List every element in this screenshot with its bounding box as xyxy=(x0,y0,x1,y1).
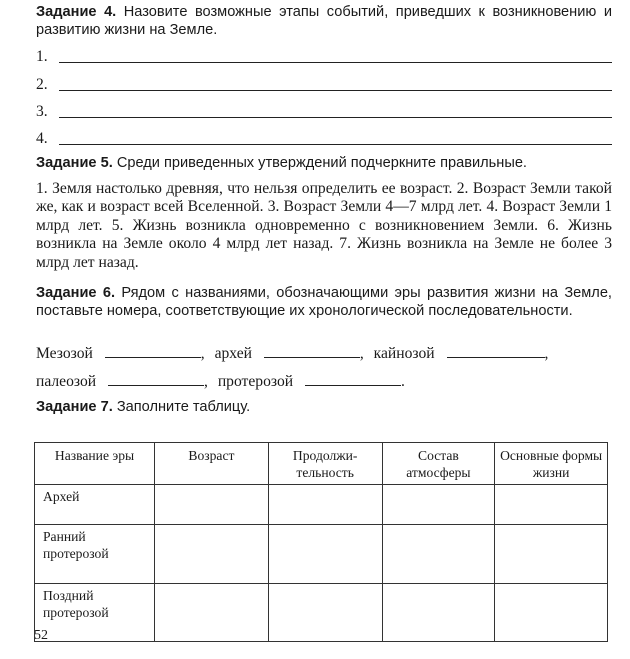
task6-eras-row-2: палеозой , протерозой . xyxy=(36,373,612,391)
answer-number: 3. xyxy=(36,103,48,121)
table-cell[interactable] xyxy=(495,485,608,525)
answer-number: 1. xyxy=(36,48,48,66)
table-cell[interactable] xyxy=(382,485,495,525)
task4-answer-line-2[interactable]: 2. xyxy=(36,76,612,96)
era-cell: Ранний протерозой xyxy=(35,525,155,584)
table-row: Ранний протерозой xyxy=(35,525,608,584)
table-cell[interactable] xyxy=(495,525,608,584)
era-proterozoic: протерозой xyxy=(218,373,293,390)
header-duration: Продолжи-тельность xyxy=(268,443,382,485)
table-header-row: Название эры Возраст Продолжи-тельность … xyxy=(35,443,608,485)
header-life-forms: Основные формы жизни xyxy=(495,443,608,485)
era-paleozoic-blank[interactable] xyxy=(108,373,204,386)
task4-text: Назовите возможные этапы событий, привед… xyxy=(36,4,612,38)
table-cell[interactable] xyxy=(382,525,495,584)
task4-heading: Задание 4. Назовите возможные этапы собы… xyxy=(36,4,612,39)
task7-text: Заполните таблицу. xyxy=(113,399,250,415)
task5-text: Среди приведенных утверждений подчеркнит… xyxy=(113,155,527,171)
task4-answer-line-3[interactable]: 3. xyxy=(36,103,612,123)
era-proterozoic-blank[interactable] xyxy=(305,373,401,386)
task6-label: Задание 6. xyxy=(36,285,115,301)
task4-label: Задание 4. xyxy=(36,4,116,20)
header-era-name: Название эры xyxy=(35,443,155,485)
task6-heading: Задание 6. Рядом с названиями, обозначаю… xyxy=(36,285,612,320)
task7-heading: Задание 7. Заполните таблицу. xyxy=(36,399,612,417)
table-cell[interactable] xyxy=(268,584,382,642)
answer-rule xyxy=(59,117,612,118)
answer-rule xyxy=(59,90,612,91)
table-cell[interactable] xyxy=(268,525,382,584)
task7-label: Задание 7. xyxy=(36,399,113,415)
task6-eras-row-1: Мезозой , архей , кайнозой , xyxy=(36,345,612,363)
table-cell[interactable] xyxy=(155,485,269,525)
task5-heading: Задание 5. Среди приведенных утверждений… xyxy=(36,155,612,173)
era-archean: архей xyxy=(215,345,252,362)
answer-rule xyxy=(59,144,612,145)
table-cell[interactable] xyxy=(495,584,608,642)
task5-label: Задание 5. xyxy=(36,155,113,171)
table-cell[interactable] xyxy=(155,525,269,584)
task4-answer-line-1[interactable]: 1. xyxy=(36,48,612,68)
page-number: 52 xyxy=(34,628,48,644)
task6-text: Рядом с названиями, обозначающими эры ра… xyxy=(36,285,612,319)
table-cell[interactable] xyxy=(382,584,495,642)
era-cenozoic: кайнозой xyxy=(374,345,435,362)
era-cell: Архей xyxy=(35,485,155,525)
header-age: Возраст xyxy=(155,443,269,485)
task4-answer-line-4[interactable]: 4. xyxy=(36,130,612,150)
answer-number: 2. xyxy=(36,76,48,94)
task5-statements[interactable]: 1. Земля настолько древняя, что нельзя о… xyxy=(36,180,612,272)
era-mesozoic-blank[interactable] xyxy=(105,345,201,358)
era-cell: Поздний протерозой xyxy=(35,584,155,642)
era-archean-blank[interactable] xyxy=(264,345,360,358)
era-cenozoic-blank[interactable] xyxy=(447,345,545,358)
answer-number: 4. xyxy=(36,130,48,148)
era-mesozoic: Мезозой xyxy=(36,345,93,362)
table-cell[interactable] xyxy=(268,485,382,525)
era-paleozoic: палеозой xyxy=(36,373,96,390)
eras-table: Название эры Возраст Продолжи-тельность … xyxy=(34,442,608,642)
table-cell[interactable] xyxy=(155,584,269,642)
table-row: Поздний протерозой xyxy=(35,584,608,642)
header-atmosphere: Состав атмосферы xyxy=(382,443,495,485)
answer-rule xyxy=(59,62,612,63)
table-row: Архей xyxy=(35,485,608,525)
